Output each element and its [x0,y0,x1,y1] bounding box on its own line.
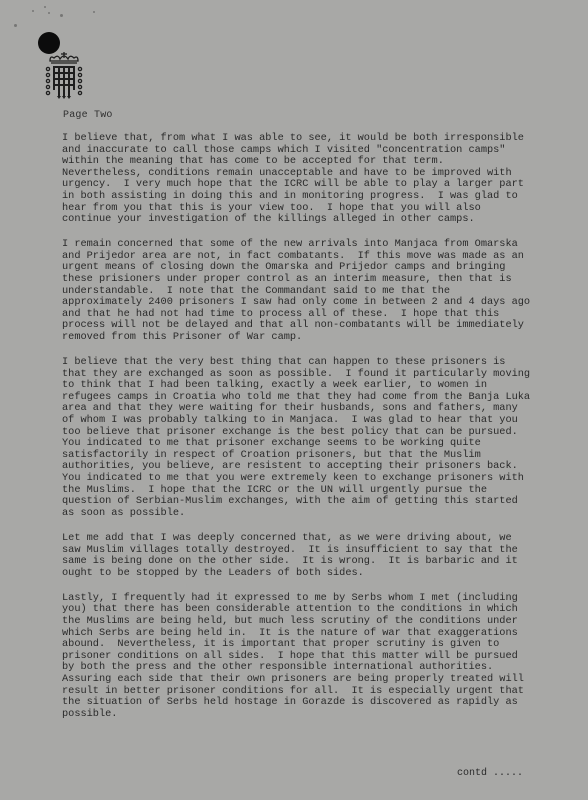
continuation-marker: contd ..... [457,768,523,779]
paragraph-destroyed-villages: Let me add that I was deeply concerned t… [62,533,542,579]
paragraph-icrc-camps: I believe that, from what I was able to … [62,133,542,226]
page-number: Page Two [63,110,113,121]
paragraph-manjaca-arrivals: I remain concerned that some of the new … [62,239,542,343]
paper-speck [60,14,63,17]
paper-speck [44,6,46,8]
paragraph-scrutiny: Lastly, I frequently had it expressed to… [62,593,542,721]
paper-speck [48,12,50,14]
portcullis-icon [44,52,84,108]
letter-body: I believe that, from what I was able to … [62,133,542,734]
paragraph-prisoner-exchange: I believe that the very best thing that … [62,357,542,519]
paper-speck [32,10,34,12]
punch-hole [38,32,60,54]
paper-speck [93,11,95,13]
paper-speck [14,24,17,27]
